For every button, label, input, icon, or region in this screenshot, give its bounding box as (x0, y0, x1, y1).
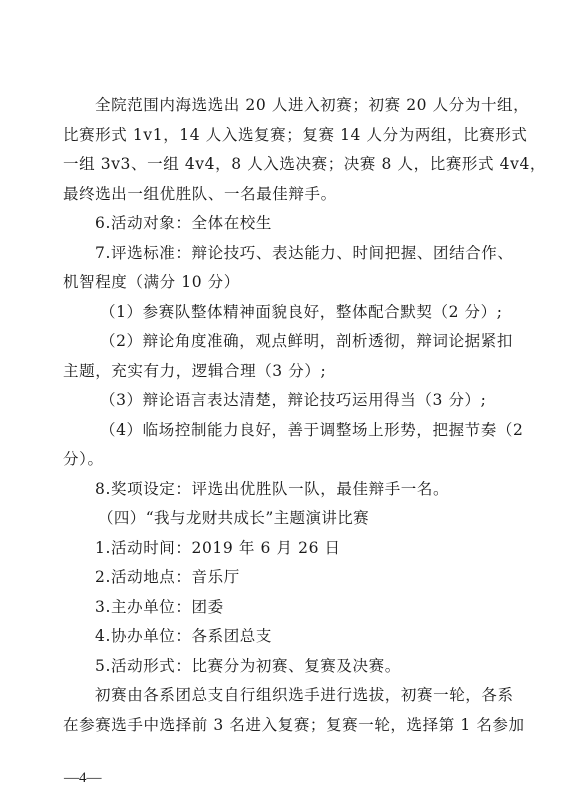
paragraph-line: 主题，充实有力，逻辑合理（3 分）; (63, 361, 503, 381)
document-page: 全院范围内海选选出 20 人进入初赛；初赛 20 人分为十组， 比赛形式 1v1… (0, 0, 565, 809)
paragraph-line: 全院范围内海选选出 20 人进入初赛；初赛 20 人分为十组， (95, 95, 535, 115)
paragraph-line: 一组 3v3、一组 4v4，8 人入选决赛；决赛 8 人，比赛形式 4v4， (63, 154, 503, 174)
paragraph-line: 2.活动地点：音乐厅 (95, 567, 535, 587)
criteria-item: （1）参赛队整体精神面貌良好，整体配合默契（2 分）; (100, 302, 540, 322)
criteria-item: （4）临场控制能力良好，善于调整场上形势，把握节奏（2 (100, 420, 540, 440)
paragraph-line: 4.协办单位：各系团总支 (95, 626, 535, 646)
criteria-item: （2）辩论角度准确，观点鲜明，剖析透彻，辩词论据紧扣 (100, 331, 540, 351)
paragraph-line: 1.活动时间：2019 年 6 月 26 日 (95, 538, 535, 558)
paragraph-line: 8.奖项设定：评选出优胜队一队，最佳辩手一名。 (95, 479, 535, 499)
paragraph-line: 最终选出一组优胜队、一名最佳辩手。 (63, 184, 503, 204)
paragraph-line: 6.活动对象：全体在校生 (95, 213, 535, 233)
criteria-item: （3）辩论语言表达清楚，辩论技巧运用得当（3 分）; (100, 390, 540, 410)
paragraph-line: 在参赛选手中选择前 3 名进入复赛；复赛一轮，选择第 1 名参加 (63, 715, 503, 735)
page-number: —4— (64, 768, 102, 788)
paragraph-line: 3.主办单位：团委 (95, 597, 535, 617)
paragraph-line: 比赛形式 1v1，14 人入选复赛；复赛 14 人分为两组，比赛形式 (63, 125, 503, 145)
section-heading: （四）“我与龙财共成长”主题演讲比赛 (98, 508, 538, 528)
paragraph-line: 5.活动形式：比赛分为初赛、复赛及决赛。 (95, 656, 535, 676)
paragraph-line: 7.评选标准：辩论技巧、表达能力、时间把握、团结合作、 (95, 243, 535, 263)
paragraph-line: 分）。 (63, 449, 503, 469)
paragraph-line: 机智程度（满分 10 分） (63, 272, 503, 292)
paragraph-line: 初赛由各系团总支自行组织选手进行选拔，初赛一轮，各系 (95, 685, 535, 705)
